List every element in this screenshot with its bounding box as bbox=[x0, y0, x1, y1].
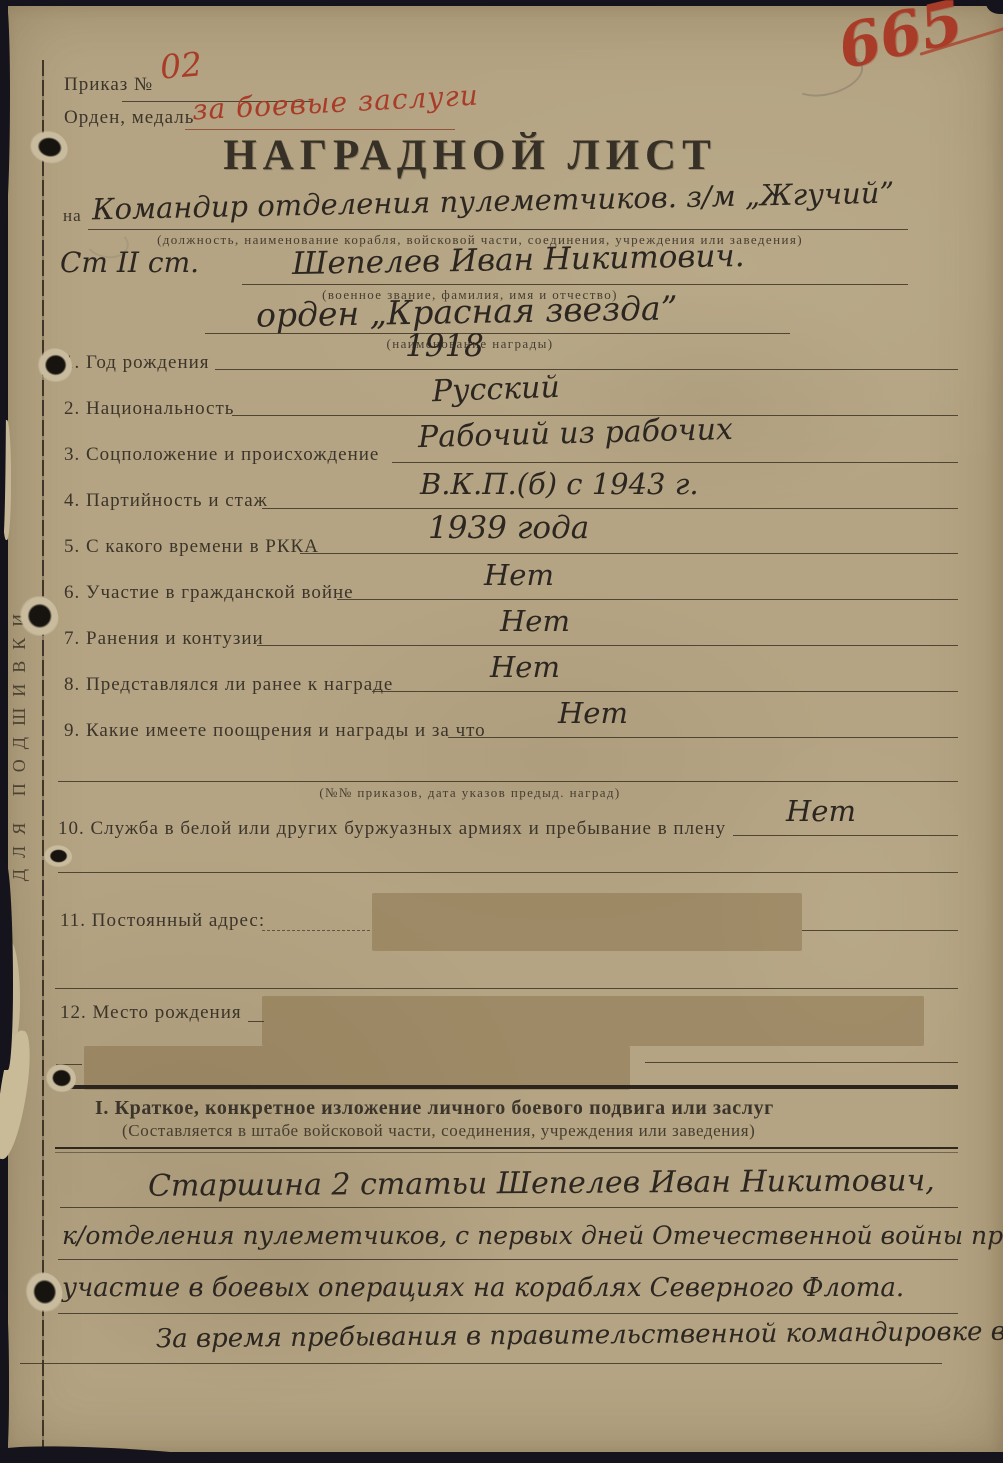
order-number-value: 02 bbox=[158, 44, 203, 87]
order-number-label: Приказ № bbox=[64, 74, 153, 96]
ruled-line bbox=[205, 333, 790, 334]
form-title: НАГРАДНОЙ ЛИСТ bbox=[70, 131, 870, 180]
field-label: 5. С какого времени в РККА bbox=[64, 536, 319, 558]
ruled-line bbox=[55, 988, 958, 989]
binding-margin-line bbox=[42, 60, 44, 1456]
content-layer: ДЛЯ ПОДШИВКИ 665 Приказ № 02 Орден, меда… bbox=[0, 0, 1003, 1463]
prev-awards-hint: (№№ приказов, дата указов предыд. наград… bbox=[170, 785, 770, 801]
medal-label: Орден, медаль bbox=[64, 107, 194, 129]
document-page: ДЛЯ ПОДШИВКИ 665 Приказ № 02 Орден, меда… bbox=[0, 0, 1003, 1463]
ruled-line bbox=[60, 1207, 958, 1208]
field-value: В.К.П.(б) с 1943 г. bbox=[420, 467, 699, 501]
redaction-block bbox=[84, 1046, 630, 1090]
na-label: на bbox=[63, 206, 82, 226]
recipient-name-value: Шепелев Иван Никитович. bbox=[292, 238, 745, 282]
ruled-line bbox=[88, 229, 908, 230]
redaction-block bbox=[262, 996, 924, 1046]
ruled-line bbox=[58, 1313, 958, 1314]
field-value: Нет bbox=[490, 650, 560, 684]
field-label: 4. Партийность и стаж bbox=[64, 490, 268, 512]
page-edge bbox=[0, 1290, 9, 1463]
field-value: 1918 bbox=[405, 328, 484, 364]
ruled-line bbox=[262, 508, 958, 509]
handwritten-line: участие в боевых операциях на кораблях С… bbox=[62, 1273, 904, 1303]
ruled-line bbox=[215, 369, 958, 370]
field-label: 9. Какие имеете поощрения и награды и за… bbox=[64, 720, 486, 742]
ruled-line bbox=[337, 599, 958, 600]
ruled-line bbox=[185, 129, 455, 130]
ruled-line bbox=[248, 1021, 264, 1022]
handwritten-line: За время пребывания в правительственной … bbox=[156, 1316, 1003, 1354]
ruled-line bbox=[448, 737, 958, 738]
field-value: Рабочий из рабочих bbox=[418, 412, 734, 455]
field-label: 2. Национальность bbox=[64, 398, 234, 420]
ruled-line bbox=[257, 645, 958, 646]
ruled-line bbox=[262, 930, 370, 931]
ruled-line bbox=[20, 1363, 942, 1364]
handwritten-line: к/отделения пулеметчиков, с первых дней … bbox=[62, 1221, 1003, 1250]
field-value: Нет bbox=[786, 794, 856, 828]
ruled-line bbox=[58, 872, 958, 873]
ruled-line bbox=[645, 1062, 958, 1063]
ruled-line bbox=[58, 781, 958, 782]
recipient-rank-value: Ст II ст. bbox=[60, 246, 199, 279]
ruled-line bbox=[733, 835, 958, 836]
field-label: 8. Представлялся ли ранее к награде bbox=[64, 674, 393, 696]
field-value: Русский bbox=[431, 370, 560, 409]
ruled-line bbox=[58, 1259, 958, 1260]
field-label: 12. Место рождения bbox=[60, 1002, 242, 1024]
field-label: 1. Год рождения bbox=[64, 352, 210, 374]
ruled-line bbox=[802, 930, 958, 931]
ruled-line bbox=[242, 284, 908, 285]
handwritten-line: Старшина 2 статьи Шепелев Иван Никитович… bbox=[148, 1163, 935, 1203]
recipient-position-value: Командир отделения пулеметчиков. з/м „Жг… bbox=[92, 176, 895, 227]
field-value: Нет bbox=[558, 696, 628, 730]
field-label: 7. Ранения и контузии bbox=[64, 628, 264, 650]
medal-value: за боевые заслуги bbox=[191, 79, 479, 127]
page-edge bbox=[0, 210, 6, 540]
field-value: 1939 года bbox=[428, 510, 589, 546]
field-label: 6. Участие в гражданской войне bbox=[64, 582, 354, 604]
ruled-line bbox=[392, 462, 958, 463]
section-subheading: (Составляется в штабе войсковой части, с… bbox=[122, 1121, 755, 1141]
section-divider bbox=[55, 1085, 958, 1089]
section-heading: I. Краткое, конкретное изложение личного… bbox=[95, 1097, 774, 1120]
field-label: 10. Служба в белой или других буржуазных… bbox=[58, 818, 726, 840]
field-value: Нет bbox=[500, 604, 570, 638]
punch-hole bbox=[44, 845, 72, 867]
redaction-block bbox=[372, 893, 802, 951]
punch-hole bbox=[38, 348, 72, 382]
section-divider bbox=[55, 1152, 958, 1153]
ruled-line bbox=[300, 553, 958, 554]
section-divider bbox=[55, 1147, 958, 1149]
field-label: 11. Постоянный адрес: bbox=[60, 910, 265, 932]
ruled-line bbox=[372, 691, 958, 692]
field-label: 3. Соцположение и происхождение bbox=[64, 444, 379, 466]
field-value: Нет bbox=[484, 558, 554, 592]
